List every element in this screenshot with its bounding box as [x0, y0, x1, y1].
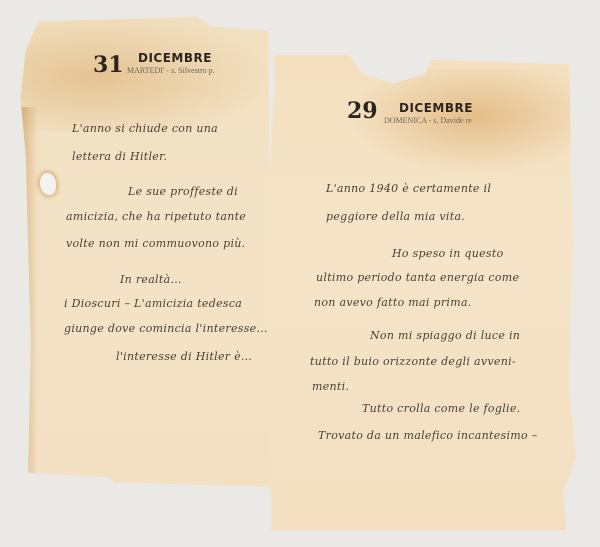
right-date-number: 29: [347, 98, 378, 124]
letter-page-29-dicembre: [268, 55, 582, 530]
right-hw-line: ultimo periodo tanta energia come: [316, 271, 519, 284]
left-hw-line: giunge dove comincia l'interesse…: [64, 322, 268, 335]
left-hw-line: l'interesse di Hitler è…: [116, 350, 252, 363]
left-hw-line: In realtà…: [120, 273, 182, 286]
left-hw-line: volte non mi commuovono più.: [66, 237, 245, 250]
right-hw-line: Trovato da un malefico incantesimo –: [318, 429, 538, 442]
photo-background: 31 DICEMBRE MARTEDI' - s. Silvestro p. L…: [0, 0, 600, 547]
left-date-month: DICEMBRE: [138, 51, 212, 65]
right-hw-line: L'anno 1940 è certamente il: [326, 182, 491, 195]
right-hw-line: Tutto crolla come le foglie.: [362, 402, 520, 415]
left-date-number: 31: [93, 52, 124, 78]
paper-hole: [40, 173, 56, 195]
right-date-month: DICEMBRE: [399, 101, 473, 115]
left-hw-line: lettera di Hitler.: [72, 150, 167, 163]
right-hw-line: Ho speso in questo: [392, 247, 504, 260]
left-hw-line: amicizia, che ha ripetuto tante: [66, 210, 246, 223]
right-hw-line: peggiore della mia vita.: [326, 210, 465, 223]
left-hw-line: L'anno si chiude con una: [72, 122, 218, 135]
right-hw-line: menti.: [312, 380, 349, 393]
edge-stain: [18, 107, 38, 487]
right-weekday-saint: DOMENICA - s. Davide re: [384, 116, 472, 125]
right-hw-line: non avevo fatto mai prima.: [314, 296, 472, 309]
right-hw-line: tutto il buio orizzonte degli avveni-: [310, 355, 516, 368]
right-hw-line: Non mi spiaggo di luce in: [370, 329, 520, 342]
left-hw-line: Le sue proffeste di: [128, 185, 238, 198]
left-weekday-saint: MARTEDI' - s. Silvestro p.: [127, 66, 215, 75]
left-hw-line: i Dioscuri – L'amicizia tedesca: [64, 297, 242, 310]
